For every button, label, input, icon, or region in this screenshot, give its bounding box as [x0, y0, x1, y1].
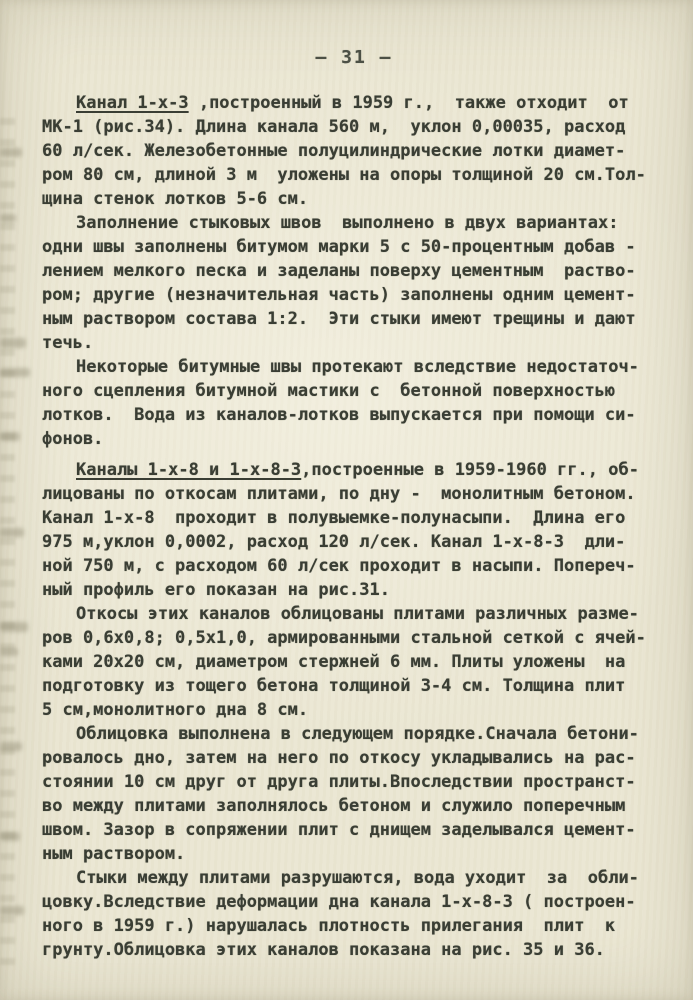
scan-artifact — [0, 148, 22, 157]
text-line: ров 0,6х0,8; 0,5х1,0, армированными стал… — [42, 626, 682, 650]
text-line: ный профиль его показан на рис.31. — [42, 578, 682, 602]
text-line: Заполнение стыковых швов выполнено в дву… — [42, 211, 682, 235]
scan-artifact — [0, 528, 24, 537]
text-line: ром 80 см, длиной 3 м уложены на опоры т… — [42, 163, 682, 187]
text-line: Канал 1-х-8 проходит в полувыемке-полуна… — [42, 506, 682, 530]
text-line: Облицовка выполнена в следующем порядке.… — [42, 722, 682, 746]
text-line: швом. Зазор в сопряжении плит с днищем з… — [42, 818, 682, 842]
scan-artifact — [0, 906, 24, 915]
underlined-heading: Каналы 1-х-8 и 1-х-8-3 — [76, 460, 301, 480]
text-line: ным раствором состава 1:2. Эти стыки име… — [42, 307, 682, 331]
text-line: ровалось дно, затем на него по откосу ук… — [42, 746, 682, 770]
paragraph: Откосы этих каналов облицованы плитами р… — [42, 602, 682, 722]
text-line: ного сцепления битумной мастики с бетонн… — [42, 379, 682, 403]
underlined-heading: Канал 1-х-3 — [76, 93, 189, 113]
text-line: Откосы этих каналов облицованы плитами р… — [42, 602, 682, 626]
text-line: Каналы 1-х-8 и 1-х-8-3,построенные в 195… — [42, 458, 682, 482]
paragraph: Канал 1-х-3 ,построенный в 1959 г., такж… — [42, 91, 682, 211]
text-line: Стыки между плитами разрушаются, вода ух… — [42, 866, 682, 890]
text-line: ром; другие (незначительная часть) запол… — [42, 283, 682, 307]
scan-artifact — [0, 432, 20, 441]
text-line: ного в 1959 г.) нарушалась плотность при… — [42, 914, 682, 938]
scanned-document-page: — 31 — Канал 1-х-3 ,построенный в 1959 г… — [0, 0, 693, 1000]
scan-artifact — [0, 622, 28, 632]
text-segment: ,построенные в 1959-1960 гг., об- — [301, 460, 639, 480]
text-line: течь. — [42, 331, 682, 355]
text-line: лотков. Вода из каналов-лотков выпускает… — [42, 403, 682, 427]
scan-artifact — [0, 742, 22, 751]
text-line: Канал 1-х-3 ,построенный в 1959 г., такж… — [42, 91, 682, 115]
text-line: грунту.Облицовка этих каналов показана н… — [42, 938, 682, 962]
text-line: фонов. — [42, 427, 682, 451]
text-line: лицованы по откосам плитами, по дну - мо… — [42, 482, 682, 506]
text-line: МК-1 (рис.34). Длина канала 560 м, уклон… — [42, 115, 682, 139]
text-segment: ,построенный в 1959 г., также отходит от — [189, 93, 629, 113]
text-line: Некоторые битумные швы протекают вследст… — [42, 355, 682, 379]
scan-artifact — [0, 648, 18, 656]
paragraph: Стыки между плитами разрушаются, вода ух… — [42, 866, 682, 962]
bleed-through-strip — [0, 118, 15, 974]
scan-artifact — [0, 214, 16, 222]
text-line: щина стенок лотков 5-6 см. — [42, 187, 682, 211]
paragraph: Облицовка выполнена в следующем порядке.… — [42, 722, 682, 866]
page-number: — 31 — — [42, 47, 666, 68]
text-line: одни швы заполнены битумом марки 5 с 50-… — [42, 235, 682, 259]
text-line: 60 л/сек. Железобетонные полуцилиндричес… — [42, 139, 682, 163]
scan-artifact — [0, 832, 20, 841]
scan-artifact — [0, 338, 26, 348]
text-line: ками 20х20 см, диаметром стержней 6 мм. … — [42, 650, 682, 674]
text-line: ной 750 м, с расходом 60 л/сек проходит … — [42, 554, 682, 578]
text-line: 975 м,уклон 0,0002, расход 120 л/сек. Ка… — [42, 530, 682, 554]
text-line: ным раствором. — [42, 842, 682, 866]
text-line: лением мелкого песка и заделаны поверху … — [42, 259, 682, 283]
text-line: во между плитами заполнялось бетоном и с… — [42, 794, 682, 818]
paragraph: Заполнение стыковых швов выполнено в дву… — [42, 211, 682, 355]
text-line: цовку.Вследствие деформации дна канала 1… — [42, 890, 682, 914]
text-line: стоянии 10 см друг от друга плиты.Впосле… — [42, 770, 682, 794]
paragraph: Некоторые битумные швы протекают вследст… — [42, 355, 682, 451]
paragraph: Каналы 1-х-8 и 1-х-8-3,построенные в 195… — [42, 458, 682, 602]
text-line: подготовку из тощего бетона толщиной 3-4… — [42, 674, 682, 698]
text-block: Канал 1-х-3 ,построенный в 1959 г., такж… — [42, 91, 682, 962]
text-line: 5 см,монолитного дна 8 см. — [42, 698, 682, 722]
scan-artifact — [0, 368, 30, 377]
